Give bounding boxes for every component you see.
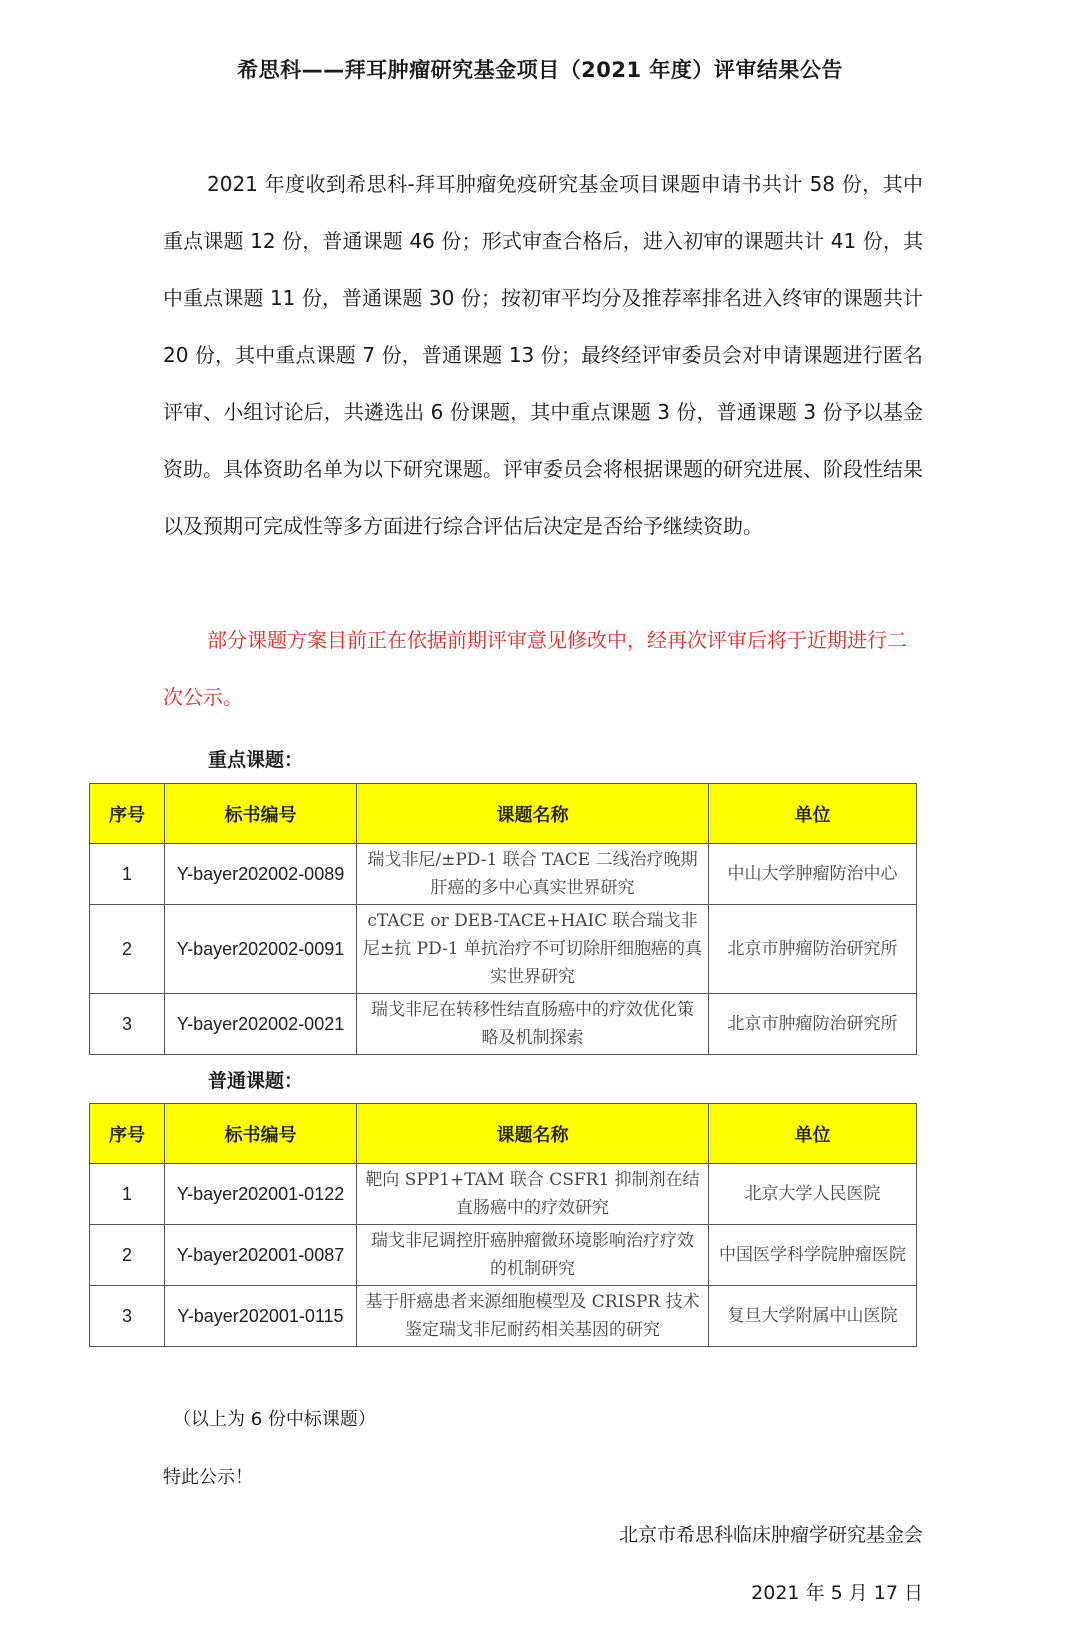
institution: 北京大学人民医院: [709, 1164, 917, 1225]
table-row: 1 Y-bayer202001-0122 靶向 SPP1+TAM 联合 CSFR…: [90, 1164, 917, 1225]
general-projects-table: 序号 标书编号 课题名称 单位 1 Y-bayer202001-0122 靶向 …: [89, 1103, 917, 1347]
row-number: 3: [90, 994, 165, 1055]
proposal-code: Y-bayer202001-0115: [165, 1286, 357, 1347]
table-row: 2 Y-bayer202002-0091 cTACE or DEB-TACE+H…: [90, 905, 917, 994]
proposal-code: Y-bayer202002-0091: [165, 905, 357, 994]
proposal-code: Y-bayer202001-0087: [165, 1225, 357, 1286]
proposal-code: Y-bayer202002-0089: [165, 844, 357, 905]
row-number: 2: [90, 1225, 165, 1286]
institution: 北京市肿瘤防治研究所: [709, 905, 917, 994]
general-projects-heading: 普通课题：: [208, 1066, 303, 1093]
proposal-code: Y-bayer202001-0122: [165, 1164, 357, 1225]
document-title: 希思科——拜耳肿瘤研究基金项目（2021 年度）评审结果公告: [0, 54, 1080, 84]
intro-paragraph: 2021 年度收到希思科-拜耳肿瘤免疫研究基金项目课题申请书共计 58 份，其中…: [163, 156, 923, 555]
project-topic: 基于肝癌患者来源细胞模型及 CRISPR 技术鉴定瑞戈非尼耐药相关基因的研究: [357, 1286, 709, 1347]
key-projects-table: 序号 标书编号 课题名称 单位 1 Y-bayer202002-0089 瑞戈非…: [89, 783, 917, 1055]
column-header-number: 序号: [90, 784, 165, 844]
column-header-code: 标书编号: [165, 1104, 357, 1164]
institution: 复旦大学附属中山医院: [709, 1286, 917, 1347]
row-number: 1: [90, 1164, 165, 1225]
column-header-code: 标书编号: [165, 784, 357, 844]
project-topic: 瑞戈非尼调控肝癌肿瘤微环境影响治疗疗效的机制研究: [357, 1225, 709, 1286]
column-header-unit: 单位: [709, 784, 917, 844]
table-row: 1 Y-bayer202002-0089 瑞戈非尼/±PD-1 联合 TACE …: [90, 844, 917, 905]
table-header-row: 序号 标书编号 课题名称 单位: [90, 784, 917, 844]
issuing-organization: 北京市希思科临床肿瘤学研究基金会: [619, 1520, 923, 1547]
column-header-topic: 课题名称: [357, 784, 709, 844]
institution: 中山大学肿瘤防治中心: [709, 844, 917, 905]
proposal-code: Y-bayer202002-0021: [165, 994, 357, 1055]
table-row: 2 Y-bayer202001-0087 瑞戈非尼调控肝癌肿瘤微环境影响治疗疗效…: [90, 1225, 917, 1286]
issue-date: 2021 年 5 月 17 日: [751, 1578, 923, 1605]
table-row: 3 Y-bayer202002-0021 瑞戈非尼在转移性结直肠癌中的疗效优化策…: [90, 994, 917, 1055]
row-number: 1: [90, 844, 165, 905]
column-header-topic: 课题名称: [357, 1104, 709, 1164]
project-topic: cTACE or DEB-TACE+HAIC 联合瑞戈非尼±抗 PD-1 单抗治…: [357, 905, 709, 994]
project-topic: 瑞戈非尼在转移性结直肠癌中的疗效优化策略及机制探索: [357, 994, 709, 1055]
column-header-unit: 单位: [709, 1104, 917, 1164]
row-number: 2: [90, 905, 165, 994]
revision-notice-paragraph: 部分课题方案目前正在依据前期评审意见修改中，经再次评审后将于近期进行二次公示。: [163, 612, 923, 726]
row-number: 3: [90, 1286, 165, 1347]
project-topic: 瑞戈非尼/±PD-1 联合 TACE 二线治疗晚期肝癌的多中心真实世界研究: [357, 844, 709, 905]
announcement-closing: 特此公示！: [163, 1463, 253, 1489]
column-header-number: 序号: [90, 1104, 165, 1164]
project-topic: 靶向 SPP1+TAM 联合 CSFR1 抑制剂在结直肠癌中的疗效研究: [357, 1164, 709, 1225]
institution: 北京市肿瘤防治研究所: [709, 994, 917, 1055]
key-projects-heading: 重点课题：: [208, 745, 303, 772]
winning-projects-note: （以上为 6 份中标课题）: [173, 1405, 376, 1431]
table-row: 3 Y-bayer202001-0115 基于肝癌患者来源细胞模型及 CRISP…: [90, 1286, 917, 1347]
table-header-row: 序号 标书编号 课题名称 单位: [90, 1104, 917, 1164]
institution: 中国医学科学院肿瘤医院: [709, 1225, 917, 1286]
